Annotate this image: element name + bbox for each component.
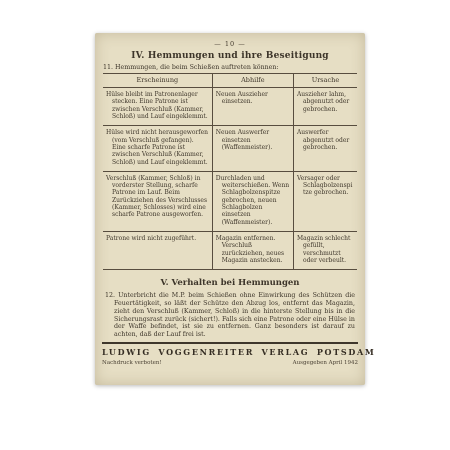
cell-erscheinung: Hülse bleibt im Patronenlager stecken. E… (103, 88, 212, 125)
document-page: — 10 — IV. Hemmungen und ihre Beseitigun… (95, 33, 365, 385)
cell-ursache: Versager oder Schlagbolzenspitze gebroch… (293, 172, 357, 231)
cell-erscheinung: Patrone wird nicht zugeführt. (103, 232, 212, 269)
issue-date-note: Ausgegeben April 1942 (293, 360, 358, 366)
cell-abhilfe: Neuen Auszieher einsetzen. (212, 88, 293, 125)
imprint-footer: LUDWIG VOGGENREITER VERLAG POTSDAM Nachd… (102, 342, 358, 366)
column-header-erscheinung: Erscheinung (103, 74, 212, 87)
cell-abhilfe: Magazin entfernen. Verschluß zurückziehe… (212, 232, 293, 269)
section-iv-intro: 11. Hemmungen, die beim Schießen auftret… (103, 64, 357, 71)
imprint-notes: Nachdruck verboten! Ausgegeben April 194… (102, 360, 358, 366)
table-header-row: Erscheinung Abhilfe Ursache (103, 74, 357, 87)
cell-ursache: Auszieher lahm, abgenutzt oder gebrochen… (293, 88, 357, 125)
section-v-paragraph: 12. Unterbricht die M.P. beim Schießen o… (105, 292, 355, 339)
imprint-rule (102, 342, 358, 344)
cell-abhilfe: Durchladen und weiterschießen. Wenn Schl… (212, 172, 293, 231)
table-row: Patrone wird nicht zugeführt. Magazin en… (103, 231, 357, 269)
table-row: Hülse bleibt im Patronenlager stecken. E… (103, 87, 357, 125)
section-v-title: V. Verhalten bei Hemmungen (95, 278, 365, 288)
malfunction-table: Erscheinung Abhilfe Ursache Hülse bleibt… (103, 73, 357, 270)
cell-erscheinung: Verschluß (Kammer, Schloß) in vorderster… (103, 172, 212, 231)
table-row: Hülse wird nicht herausgeworfen (vom Ver… (103, 125, 357, 171)
cell-erscheinung: Hülse wird nicht herausgeworfen (vom Ver… (103, 126, 212, 171)
column-header-ursache: Ursache (293, 74, 357, 87)
table-row: Verschluß (Kammer, Schloß) in vorderster… (103, 171, 357, 231)
cell-ursache: Magazin schlecht gefüllt, verschmutzt od… (293, 232, 357, 269)
scan-background: — 10 — IV. Hemmungen und ihre Beseitigun… (0, 0, 450, 450)
publisher-line: LUDWIG VOGGENREITER VERLAG POTSDAM (102, 347, 358, 357)
section-iv-title: IV. Hemmungen und ihre Beseitigung (95, 51, 365, 61)
cell-ursache: Auswerfer abgenutzt oder gebrochen. (293, 126, 357, 171)
reprint-forbidden-note: Nachdruck verboten! (102, 360, 162, 366)
page-number: — 10 — (95, 33, 365, 48)
cell-abhilfe: Neuen Auswerfer einsetzen (Waffenmeister… (212, 126, 293, 171)
column-header-abhilfe: Abhilfe (212, 74, 293, 87)
